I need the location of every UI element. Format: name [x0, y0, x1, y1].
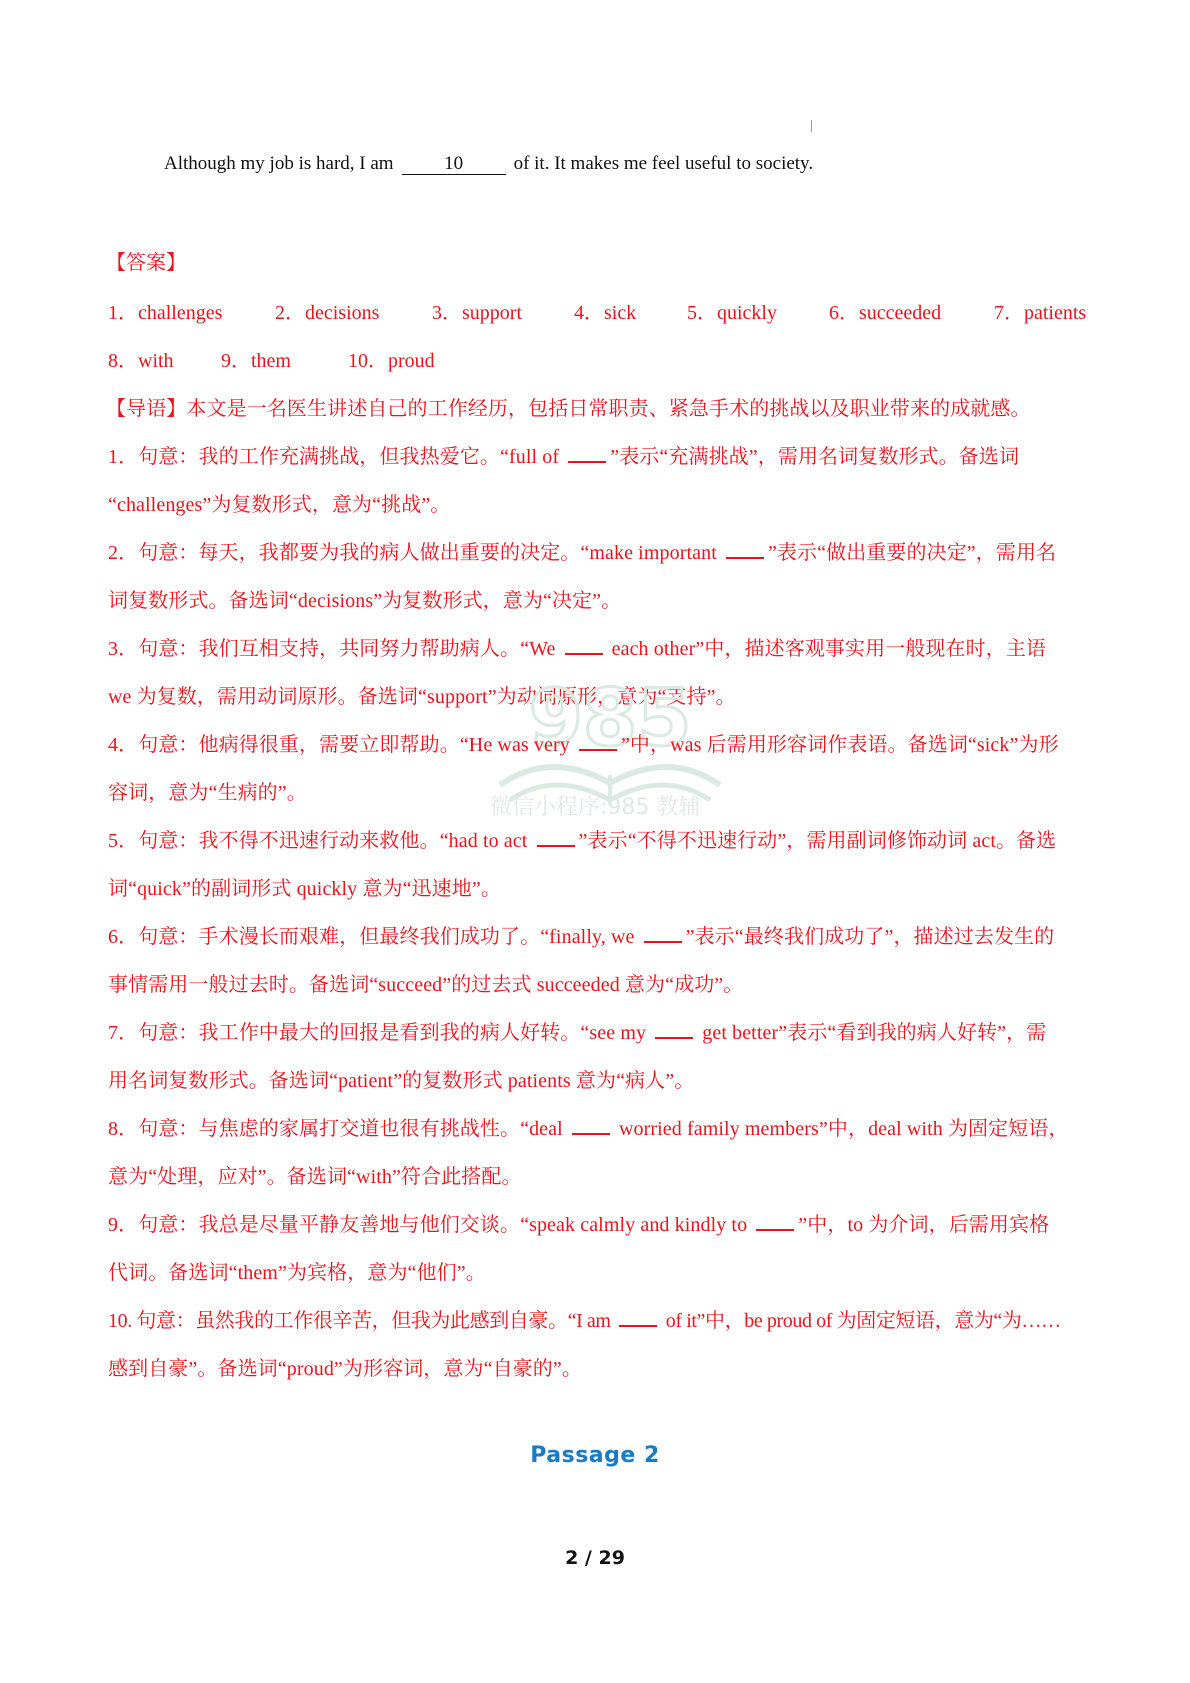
explanation-3-line-1: 3．句意：我们互相支持，共同努力帮助病人。“We each other”中，描述… [108, 632, 1086, 661]
explanation-3-line-2: we 为复数，需用动词原形。备选词“support”为动词原形，意为“支持”。 [108, 680, 1086, 709]
explanation-1-line-1: 1．句意：我的工作充满挑战，但我热爱它。“full of ”表示“充满挑战”，需… [108, 440, 1086, 469]
explanation-2-line-1: 2．句意：每天，我都要为我的病人做出重要的决定。“make important … [108, 536, 1086, 565]
blank-underline [756, 1211, 794, 1231]
intro-label: 【导语】 [106, 398, 186, 420]
passage-text-before: Although my job is hard, I am [164, 153, 394, 174]
answer-item-7: 7．patients [994, 296, 1086, 325]
text-cursor-mark [811, 120, 812, 132]
answer-item-9: 9．them [221, 344, 343, 373]
explanation-4-line-1: 4．句意：他病得很重，需要立即帮助。“He was very ”中，was 后需… [108, 728, 1086, 757]
answer-item-2: 2．decisions [275, 296, 427, 325]
answer-item-6: 6．succeeded [829, 296, 989, 325]
answer-item-3: 3．support [432, 296, 569, 325]
blank-underline [726, 539, 764, 559]
blank-10: 10 [402, 154, 506, 175]
explanation-9-line-2: 代词。备选词“them”为宾格，意为“他们”。 [108, 1256, 1086, 1285]
explanation-8-line-1: 8．句意：与焦虑的家属打交道也很有挑战性。“deal worried famil… [108, 1112, 1086, 1141]
explanation-5-line-1: 5．句意：我不得不迅速行动来救他。“had to act ”表示“不得不迅速行动… [108, 824, 1086, 853]
passage-text-after: of it. It makes me feel useful to societ… [514, 153, 814, 174]
answer-item-10: 10．proud [348, 344, 435, 373]
blank-underline [579, 731, 617, 751]
blank-underline [644, 923, 682, 943]
answer-item-4: 4．sick [574, 296, 682, 325]
answer-row-1: 1．challenges 2．decisions 3．support 4．sic… [108, 296, 1086, 325]
blank-underline [655, 1019, 693, 1039]
passage-2-heading: Passage 2 [0, 1443, 1190, 1468]
answer-item-8: 8．with [108, 344, 216, 373]
blank-underline [568, 443, 606, 463]
explanation-7-line-2: 用名词复数形式。备选词“patient”的复数形式 patients 意为“病人… [108, 1064, 1086, 1093]
answer-heading: 【答案】 [106, 246, 186, 275]
answer-item-1: 1．challenges [108, 296, 270, 325]
page-number: 2 / 29 [0, 1547, 1190, 1569]
explanation-2-line-2: 词复数形式。备选词“decisions”为复数形式，意为“决定”。 [108, 584, 1086, 613]
passage-sentence-10: Although my job is hard, I am10of it. It… [164, 153, 813, 175]
answer-row-2: 8．with 9．them 10．proud [108, 344, 435, 373]
explanation-9-line-1: 9．句意：我总是尽量平静友善地与他们交谈。“speak calmly and k… [108, 1208, 1086, 1237]
explanation-6-line-1: 6．句意：手术漫长而艰难，但最终我们成功了。“finally, we ”表示“最… [108, 920, 1086, 949]
explanation-8-line-2: 意为“处理，应对”。备选词“with”符合此搭配。 [108, 1160, 1086, 1189]
explanation-10-line-1: 10. 句意：虽然我的工作很辛苦，但我为此感到自豪。“I am of it”中，… [108, 1304, 1086, 1333]
explanation-1-line-2: “challenges”为复数形式，意为“挑战”。 [108, 488, 1086, 517]
intro-paragraph: 【导语】本文是一名医生讲述自己的工作经历，包括日常职责、紧急手术的挑战以及职业带… [106, 392, 1084, 421]
explanation-10-line-2: 感到自豪”。备选词“proud”为形容词，意为“自豪的”。 [108, 1352, 1086, 1381]
explanation-6-line-2: 事情需用一般过去时。备选词“succeed”的过去式 succeeded 意为“… [108, 968, 1086, 997]
intro-text: 本文是一名医生讲述自己的工作经历，包括日常职责、紧急手术的挑战以及职业带来的成就… [186, 398, 1030, 420]
answer-item-5: 5．quickly [687, 296, 824, 325]
blank-underline [619, 1307, 657, 1327]
blank-underline [572, 1115, 610, 1135]
blank-underline [565, 635, 603, 655]
explanation-7-line-1: 7．句意：我工作中最大的回报是看到我的病人好转。“see my get bett… [108, 1016, 1086, 1045]
blank-underline [537, 827, 575, 847]
explanation-4-line-2: 容词，意为“生病的”。 [108, 776, 1086, 805]
explanation-5-line-2: 词“quick”的副词形式 quickly 意为“迅速地”。 [108, 872, 1086, 901]
